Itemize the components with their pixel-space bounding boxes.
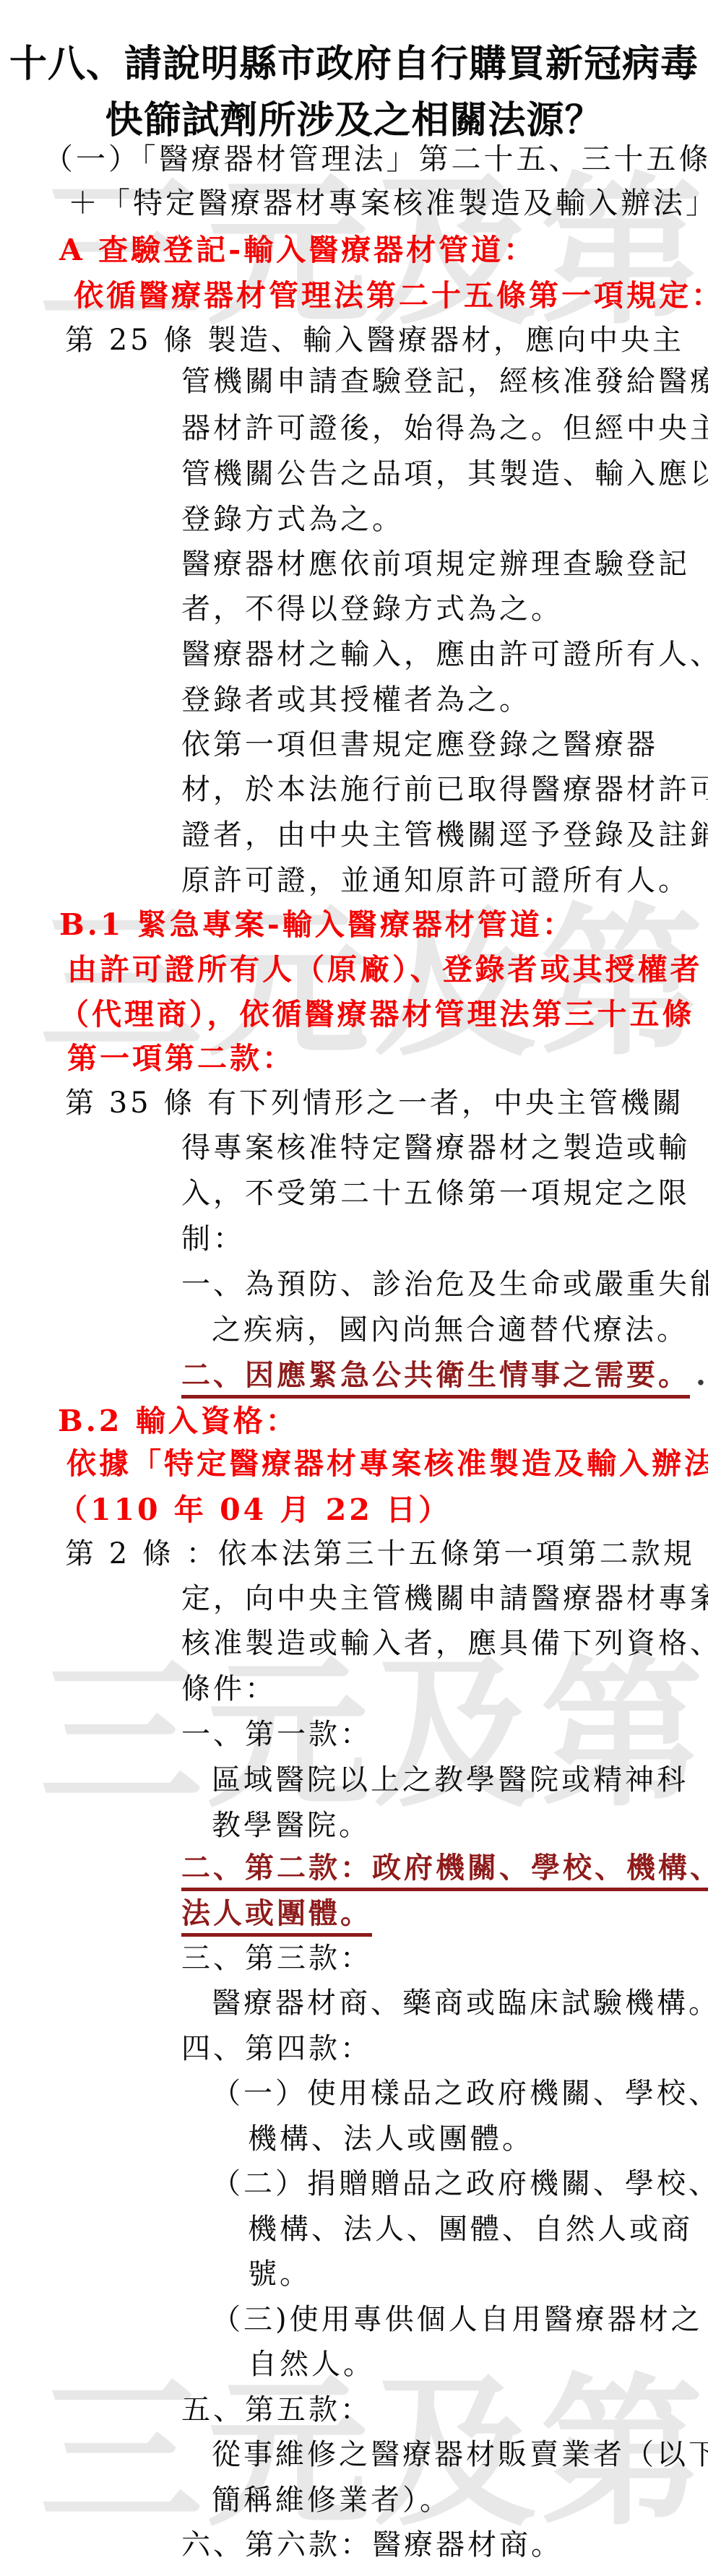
article-25-line-3-text: 器材許可證後，始得為之。但經中央主 xyxy=(181,412,708,445)
heading-a-sub: 依循醫療器材管理法第二十五條第一項規定： xyxy=(74,278,708,313)
item-3-body: 醫療器材商、藥商或臨床試驗機構。 xyxy=(212,1987,708,2020)
article-25-line-4: 管機關公告之品項，其製造、輸入應以 xyxy=(181,457,708,491)
item-4-sub-1b-text: 機構、法人或團體。 xyxy=(248,2122,534,2156)
article-25-line-10-text: 依第一項但書規定應登錄之醫療器 xyxy=(181,728,658,761)
item-4-sub-3b-text: 自然人。 xyxy=(248,2348,375,2381)
article-25-line-5-text: 登錄方式為之。 xyxy=(181,503,404,536)
article-25-line-8: 醫療器材之輸入，應由許可證所有人、 xyxy=(181,638,708,672)
article-35-item-1a: 一、為預防、診治危及生命或嚴重失能 xyxy=(181,1268,708,1302)
item-5-body-2-text: 簡稱維修業者）。 xyxy=(212,2484,452,2517)
heading-b1-sub-1: 由許可證所有人（原廠）、登錄者或其授權者 xyxy=(67,952,703,987)
article-25-line-1: 第 25 條 製造、輸入醫療器材，應向中央主 xyxy=(65,324,684,358)
article-2-line-1: 第 2 條 ：依本法第三十五條第一項第二款規 xyxy=(65,1537,695,1571)
article-35-line-3-text: 入，不受第二十五條第一項規定之限 xyxy=(181,1177,690,1210)
question-title-line-1: 十八、請說明縣市政府自行購買新冠病毒 xyxy=(0,42,708,86)
item-4-sub-3a: （三)使用專供個人自用醫療器材之 xyxy=(212,2303,703,2337)
article-25-line-7-text: 者，不得以登錄方式為之。 xyxy=(181,592,563,626)
article-25-line-13-text: 原許可證，並通知原許可證所有人。 xyxy=(181,864,690,897)
article-35-line-4: 制： xyxy=(181,1222,245,1256)
question-title-line-2: 快篩試劑所涉及之相關法源？ xyxy=(0,98,708,142)
question-title-line-1-text: 十八、請說明縣市政府自行購買新冠病毒 xyxy=(9,42,699,86)
article-25-line-11: 材，於本法施行前已取得醫療器材許可 xyxy=(181,773,708,807)
article-25-line-1-text: 第 25 條 製造、輸入醫療器材，應向中央主 xyxy=(65,324,684,357)
item-4-sub-2a: （二）捐贈贈品之政府機關、學校、 xyxy=(212,2167,708,2201)
item-5-body-1-text: 從事維修之醫療器材販賣業者（以下 xyxy=(212,2438,708,2471)
item-4-label: 四、第四款： xyxy=(181,2032,372,2066)
subtitle-line-1: （一）「醫療器材管理法」第二十五、三十五條 xyxy=(43,142,708,176)
item-2-line-2: 法人或團體。 xyxy=(181,1896,372,1930)
article-25-line-7: 者，不得以登錄方式為之。 xyxy=(181,592,563,626)
item-1-label: 一、第一款： xyxy=(181,1718,372,1752)
heading-b2-sub-1-text: 依據「特定醫療器材專案核准製造及輸入辦法」 xyxy=(66,1446,708,1481)
document-content: 十八、請說明縣市政府自行購買新冠病毒快篩試劑所涉及之相關法源？（一）「醫療器材管… xyxy=(0,0,708,2576)
item-6-line: 六、第六款：醫療器材商。 xyxy=(181,2528,563,2562)
article-25-line-3: 器材許可證後，始得為之。但經中央主 xyxy=(181,412,708,446)
item-4-sub-2c: 號。 xyxy=(248,2257,311,2291)
item-1-body-1: 區域醫院以上之教學醫院或精神科 xyxy=(212,1763,688,1797)
item-1-body-2: 教學醫院。 xyxy=(212,1809,371,1843)
article-25-line-2: 管機關申請查驗登記，經核准發給醫療 xyxy=(181,365,708,399)
article-35-line-1-text: 第 35 條 有下列情形之一者，中央主管機關 xyxy=(65,1086,684,1120)
article-35-item-1b: 之疾病，國內尚無合適替代療法。 xyxy=(212,1313,688,1347)
article-35-item-2-text: 二、因應緊急公共衛生情事之需要。 xyxy=(181,1358,690,1399)
article-35-line-4-text: 制： xyxy=(181,1222,245,1255)
article-2-line-4: 條件： xyxy=(181,1672,277,1706)
article-2-line-2-text: 定，向中央主管機關申請醫療器材專案 xyxy=(181,1582,708,1615)
article-25-line-9: 登錄者或其授權者為之。 xyxy=(181,683,531,717)
item-5-body-2: 簡稱維修業者）。 xyxy=(212,2484,452,2517)
item-6-line-text: 六、第六款：醫療器材商。 xyxy=(181,2528,563,2562)
item-4-sub-1a-text: （一）使用樣品之政府機關、學校、 xyxy=(212,2077,708,2110)
item-1-body-1-text: 區域醫院以上之教學醫院或精神科 xyxy=(212,1763,688,1797)
heading-a: A 查驗登記-輸入醫療器材管道： xyxy=(59,233,536,267)
article-25-line-2-text: 管機關申請查驗登記，經核准發給醫療 xyxy=(181,365,708,398)
article-25-line-11-text: 材，於本法施行前已取得醫療器材許可 xyxy=(181,773,708,806)
item-1-body-2-text: 教學醫院。 xyxy=(212,1809,371,1842)
heading-b1-sub-2: （代理商），依循醫療器材管理法第三十五條 xyxy=(59,997,695,1032)
item-4-sub-1a: （一）使用樣品之政府機關、學校、 xyxy=(212,2077,708,2111)
heading-b1-sub-2-text: （代理商），依循醫療器材管理法第三十五條 xyxy=(59,997,695,1032)
article-2-line-3-text: 核准製造或輸入者，應具備下列資格、 xyxy=(181,1627,708,1660)
article-25-line-8-text: 醫療器材之輸入，應由許可證所有人、 xyxy=(181,638,708,671)
heading-a-sub-text: 依循醫療器材管理法第二十五條第一項規定： xyxy=(74,278,708,313)
heading-b1-sub-3: 第一項第二款： xyxy=(67,1041,295,1076)
item-4-label-text: 四、第四款： xyxy=(181,2032,372,2065)
article-35-line-1: 第 35 條 有下列情形之一者，中央主管機關 xyxy=(65,1086,684,1120)
subtitle-line-1-text: （一）「醫療器材管理法」第二十五、三十五條 xyxy=(43,142,708,176)
heading-b2-text: B.2 輸入資格： xyxy=(58,1404,298,1438)
item-5-label-text: 五、第五款： xyxy=(181,2393,372,2426)
question-title-line-2-text: 快篩試劑所涉及之相關法源？ xyxy=(105,98,603,142)
subtitle-line-2: ＋「特定醫療器材專案核准製造及輸入辦法」 xyxy=(68,186,708,220)
item-4-sub-2b: 機構、法人、團體、自然人或商 xyxy=(248,2213,693,2247)
article-25-line-4-text: 管機關公告之品項，其製造、輸入應以 xyxy=(181,457,708,490)
item-2-line-1: 二、第二款：政府機關、學校、機構、 xyxy=(181,1851,708,1885)
heading-b2-sub-2-text: （110 年 04 月 22 日） xyxy=(58,1492,451,1527)
article-25-line-13: 原許可證，並通知原許可證所有人。 xyxy=(181,864,690,898)
heading-b1-sub-3-text: 第一項第二款： xyxy=(67,1041,295,1076)
heading-b1-text: B.1 緊急專案-輸入醫療器材管道： xyxy=(59,907,575,942)
article-2-line-1-text: 第 2 條 ：依本法第三十五條第一項第二款規 xyxy=(65,1537,695,1570)
item-5-label: 五、第五款： xyxy=(181,2393,372,2427)
article-25-line-6: 醫療器材應依前項規定辦理查驗登記 xyxy=(181,548,690,582)
item-2-line-1-text: 二、第二款：政府機關、學校、機構、 xyxy=(181,1851,708,1891)
article-25-line-12-text: 證者，由中央主管機關逕予登錄及註銷 xyxy=(181,818,708,852)
article-2-line-4-text: 條件： xyxy=(181,1672,277,1706)
heading-b1-sub-1-text: 由許可證所有人（原廠）、登錄者或其授權者 xyxy=(67,952,703,987)
article-35-line-2: 得專案核准特定醫療器材之製造或輸 xyxy=(181,1131,690,1165)
article-2-line-2: 定，向中央主管機關申請醫療器材專案 xyxy=(181,1582,708,1616)
article-25-line-9-text: 登錄者或其授權者為之。 xyxy=(181,683,531,717)
article-25-line-6-text: 醫療器材應依前項規定辦理查驗登記 xyxy=(181,548,690,581)
article-25-line-12: 證者，由中央主管機關逕予登錄及註銷 xyxy=(181,818,708,852)
article-35-item-1b-text: 之疾病，國內尚無合適替代療法。 xyxy=(212,1313,688,1347)
heading-b2-sub-1: 依據「特定醫療器材專案核准製造及輸入辦法」 xyxy=(66,1446,708,1481)
item-5-body-1: 從事維修之醫療器材販賣業者（以下 xyxy=(212,2438,708,2472)
item-4-sub-1b: 機構、法人或團體。 xyxy=(248,2122,534,2156)
item-3-label-text: 三、第三款： xyxy=(181,1942,372,1975)
article-35-item-2: 二、因應緊急公共衛生情事之需要。... xyxy=(181,1358,708,1392)
article-25-line-10: 依第一項但書規定應登錄之醫療器 xyxy=(181,728,658,762)
heading-b2: B.2 輸入資格： xyxy=(58,1404,298,1438)
item-4-sub-3b: 自然人。 xyxy=(248,2348,375,2382)
ellipsis-suffix: ... xyxy=(696,1358,708,1392)
document-page: 三元及第三元及第三元及第三元及第 十八、請說明縣市政府自行購買新冠病毒快篩試劑所… xyxy=(0,0,708,2576)
item-4-sub-2c-text: 號。 xyxy=(248,2257,311,2291)
item-3-label: 三、第三款： xyxy=(181,1942,372,1976)
article-35-line-2-text: 得專案核准特定醫療器材之製造或輸 xyxy=(181,1131,690,1164)
item-4-sub-2b-text: 機構、法人、團體、自然人或商 xyxy=(248,2213,693,2246)
heading-b2-sub-2: （110 年 04 月 22 日） xyxy=(58,1492,451,1527)
article-35-line-3: 入，不受第二十五條第一項規定之限 xyxy=(181,1177,690,1211)
item-4-sub-3a-text: （三)使用專供個人自用醫療器材之 xyxy=(212,2303,703,2336)
subtitle-line-2-text: ＋「特定醫療器材專案核准製造及輸入辦法」 xyxy=(68,186,708,220)
article-35-item-1a-text: 一、為預防、診治危及生命或嚴重失能 xyxy=(181,1268,708,1301)
heading-a-text: A 查驗登記-輸入醫療器材管道： xyxy=(59,233,536,267)
item-4-sub-2a-text: （二）捐贈贈品之政府機關、學校、 xyxy=(212,2167,708,2200)
item-1-label-text: 一、第一款： xyxy=(181,1718,372,1751)
item-2-line-2-text: 法人或團體。 xyxy=(181,1896,372,1937)
item-3-body-text: 醫療器材商、藥商或臨床試驗機構。 xyxy=(212,1987,708,2020)
article-2-line-3: 核准製造或輸入者，應具備下列資格、 xyxy=(181,1627,708,1661)
heading-b1: B.1 緊急專案-輸入醫療器材管道： xyxy=(59,907,575,942)
article-25-line-5: 登錄方式為之。 xyxy=(181,503,404,537)
